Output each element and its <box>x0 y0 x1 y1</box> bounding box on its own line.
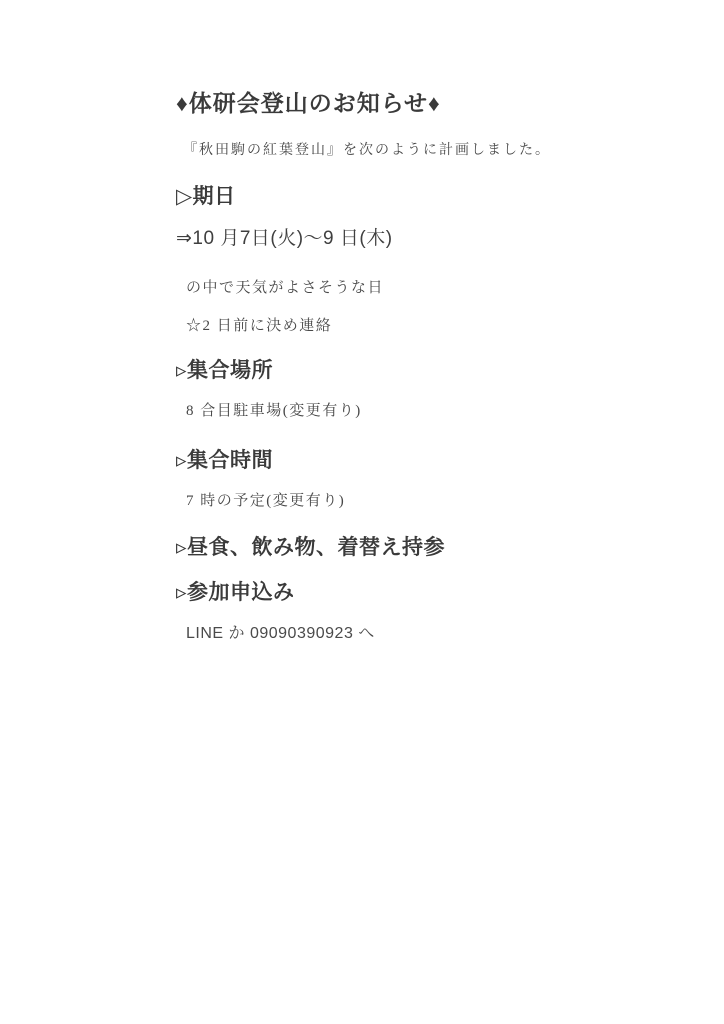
section-heading-meeting-time: ▹集合時間 <box>176 448 273 473</box>
section-heading-date: ▷期日 <box>176 184 236 209</box>
date-range: ⇒10 月7日(火)～9 日(木) <box>176 228 393 251</box>
meeting-time-value: 7 時の予定(変更有り) <box>186 492 345 510</box>
application-contact: LINE か 09090390923 へ <box>186 624 375 643</box>
date-decision-note: ☆2 日前に決め連絡 <box>186 317 332 335</box>
date-weather-note: の中で天気がよさそうな日 <box>186 279 384 297</box>
meeting-place-value: 8 合目駐車場(変更有り) <box>186 402 362 420</box>
doc-intro: 『秋田駒の紅葉登山』を次のように計画しました。 <box>183 143 551 160</box>
section-heading-application: ▹参加申込み <box>176 580 295 605</box>
document-page: ♦体研会登山のお知らせ♦ 『秋田駒の紅葉登山』を次のように計画しました。 ▷期日… <box>0 0 724 1024</box>
section-heading-bring-items: ▹昼食、飲み物、着替え持参 <box>176 535 445 560</box>
section-heading-meeting-place: ▹集合場所 <box>176 358 273 383</box>
doc-title: ♦体研会登山のお知らせ♦ <box>176 90 441 118</box>
